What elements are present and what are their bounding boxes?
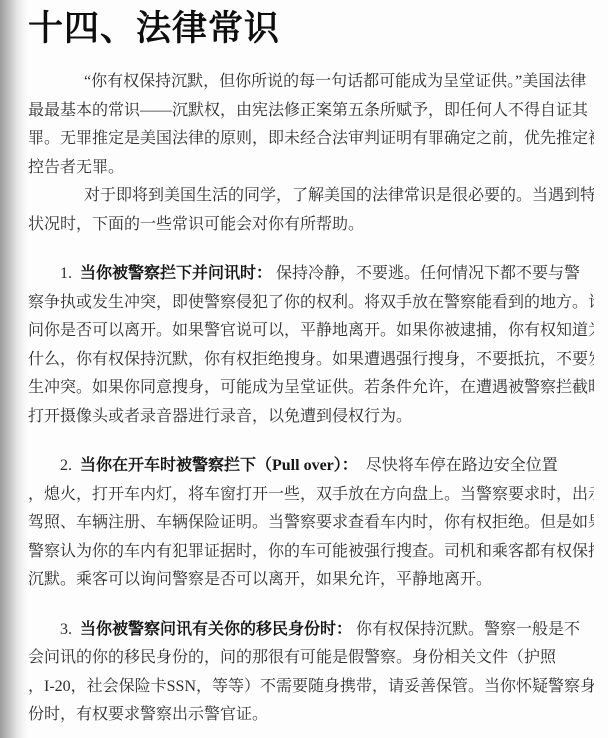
text-line: ，I-20，社会保险卡SSN，等等）不需要随身携带，请妥善保管。当你怀疑警察身 [28,673,594,702]
text-line: 2. 当你在开车时被警察拦下（Pull over）： 尽快将车停在路边安全位置 [28,452,594,481]
text-line: 问你是否可以离开。如果警官说可以，平静地离开。如果你被逮捕，你有权知道为 [28,317,594,346]
paragraph-miranda-intro: “你有权保持沉默，但你所说的每一句话都可能成为呈堂证供。”美国法律最最基本的常识… [28,68,594,182]
text-line: 对于即将到美国生活的同学，了解美国的法律常识是很必要的。当遇到特殊 [28,182,594,211]
body-text: 1. [60,265,80,282]
body-text: 什么，你有权保持沉默，你有权拒绝搜身。如果遭遇强行搜身，不要抵抗，不要发 [28,351,594,368]
text-line: 打开摄像头或者录音器进行录音，以免遭到侵权行为。 [28,403,594,432]
body-text: 罪。无罪推定是美国法律的原则，即未经合法审判证明有罪确定之前，优先推定被 [28,130,594,147]
item-heading-text: 当你被警察拦下并问讯时： [80,265,272,282]
document-page: 十四、法律常识 “你有权保持沉默，但你所说的每一句话都可能成为呈堂证供。”美国法… [0,0,608,738]
text-line: 罪。无罪推定是美国法律的原则，即未经合法审判证明有罪确定之前，优先推定被 [28,125,594,154]
item-3-immigration-status: 3. 当你被警察问讯有关你的移民身份时： 你有权保持沉默。警察一般是不会问讯的你… [28,616,594,730]
item-2-pulled-over-driving: 2. 当你在开车时被警察拦下（Pull over）： 尽快将车停在路边安全位置，… [28,452,594,595]
body-text: 警察认为你的车内有犯罪证据时，你的车可能被强行搜查。司机和乘客都有权保持 [28,543,594,560]
body-text: 对于即将到美国生活的同学，了解美国的法律常识是很必要的。当遇到特殊 [84,187,594,204]
body-text: 会问讯的你的移民身份的，问的那很有可能是假警察。身份相关文件（护照 [28,649,556,666]
body-text: 打开摄像头或者录音器进行录音，以免遭到侵权行为。 [28,408,412,425]
text-line: 生冲突。如果你同意搜身，可能成为呈堂证供。若条件允许，在遭遇被警察拦截时 [28,374,594,403]
body-text: “你有权保持沉默，但你所说的每一句话都可能成为呈堂证供。”美国法律 [84,73,586,90]
text-line: 警察认为你的车内有犯罪证据时，你的车可能被强行搜查。司机和乘客都有权保持 [28,538,594,567]
page-title: 十四、法律常识 [28,6,594,52]
body-text: 你有权保持沉默。警察一般是不 [352,621,580,638]
text-line: 驾照、车辆注册、车辆保险证明。当警察要求查看车内时，你有权拒绝。但是如果 [28,509,594,538]
text-line: 状况时，下面的一些常识可能会对你有所帮助。 [28,211,594,240]
paragraph-advice-intro: 对于即将到美国生活的同学，了解美国的法律常识是很必要的。当遇到特殊状况时，下面的… [28,182,594,239]
body-text: 驾照、车辆注册、车辆保险证明。当警察要求查看车内时，你有权拒绝。但是如果 [28,514,594,531]
text-line: 会问讯的你的移民身份的，问的那很有可能是假警察。身份相关文件（护照 [28,644,594,673]
text-line: 份时，有权要求警察出示警官证。 [28,701,594,730]
body-text: 控告者无罪。 [28,159,124,176]
body-text: ，I-20，社会保险卡SSN，等等）不需要随身携带，请妥善保管。当你怀疑警察身 [28,678,594,695]
body-text: 沉默。乘客可以询问警察是否可以离开，如果允许，平静地离开。 [28,571,492,588]
body-text: 3. [60,621,80,638]
document-content: 十四、法律常识 “你有权保持沉默，但你所说的每一句话都可能成为呈堂证供。”美国法… [28,6,594,730]
page-left-edge-shadow [0,0,28,738]
text-line: 1. 当你被警察拦下并问讯时： 保持冷静，不要逃。任何情况下都不要与警 [28,260,594,289]
body-text: 状况时，下面的一些常识可能会对你有所帮助。 [28,216,364,233]
text-line: 最最基本的常识——沉默权，由宪法修正案第五条所赋予，即任何人不得自证其 [28,97,594,126]
body-text: 生冲突。如果你同意搜身，可能成为呈堂证供。若条件允许，在遭遇被警察拦截时 [28,379,594,396]
body-text: 察争执或发生冲突，即使警察侵犯了你的权利。将双手放在警察能看到的地方。询 [28,294,594,311]
text-line: 察争执或发生冲突，即使警察侵犯了你的权利。将双手放在警察能看到的地方。询 [28,289,594,318]
text-line: “你有权保持沉默，但你所说的每一句话都可能成为呈堂证供。”美国法律 [28,68,594,97]
item-1-stopped-and-questioned: 1. 当你被警察拦下并问讯时： 保持冷静，不要逃。任何情况下都不要与警察争执或发… [28,260,594,431]
body-text: 2. [60,457,80,474]
body-text: 最最基本的常识——沉默权，由宪法修正案第五条所赋予，即任何人不得自证其 [28,102,588,119]
item-heading-text: 当你在开车时被警察拦下（Pull over）： [80,457,358,474]
document-body: “你有权保持沉默，但你所说的每一句话都可能成为呈堂证供。”美国法律最最基本的常识… [28,68,594,730]
text-line: 什么，你有权保持沉默，你有权拒绝搜身。如果遭遇强行搜身，不要抵抗，不要发 [28,346,594,375]
text-line: 3. 当你被警察问讯有关你的移民身份时： 你有权保持沉默。警察一般是不 [28,616,594,645]
body-text: ，熄火，打开车内灯，将车窗打开一些，双手放在方向盘上。当警察要求时，出示 [28,486,594,503]
body-text: 尽快将车停在路边安全位置 [358,457,558,474]
text-line: 控告者无罪。 [28,154,594,183]
body-text: 份时，有权要求警察出示警官证。 [28,706,268,723]
item-heading-text: 当你被警察问讯有关你的移民身份时： [80,621,352,638]
body-text: 保持冷静，不要逃。任何情况下都不要与警 [272,265,580,282]
text-line: ，熄火，打开车内灯，将车窗打开一些，双手放在方向盘上。当警察要求时，出示 [28,481,594,510]
text-line: 沉默。乘客可以询问警察是否可以离开，如果允许，平静地离开。 [28,566,594,595]
body-text: 问你是否可以离开。如果警官说可以，平静地离开。如果你被逮捕，你有权知道为 [28,322,594,339]
